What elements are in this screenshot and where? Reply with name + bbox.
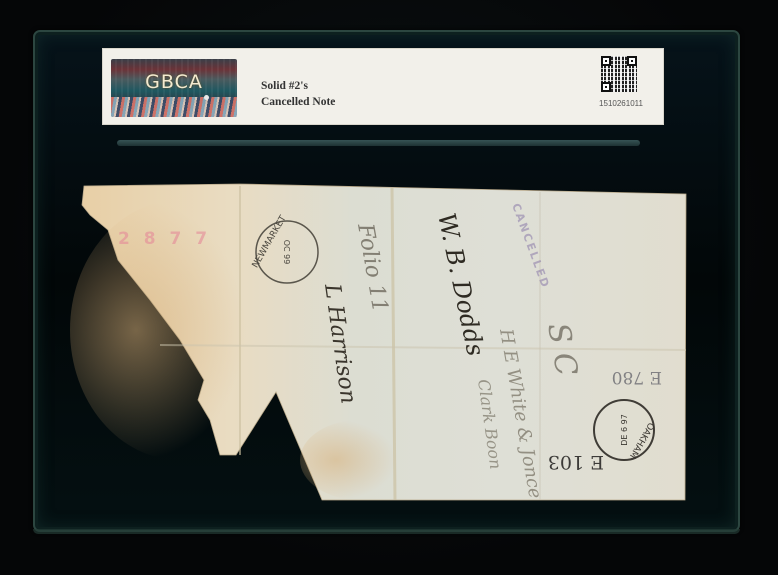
photo-stage: GBCA Solid #2's Cancelled Note 151026101…	[0, 0, 778, 575]
banknote-back: 2 8 7 7 NEWMARKET OC 99 Folio 11 L Harri…	[0, 0, 778, 575]
serial-lower: E 103	[548, 451, 604, 473]
svg-text:OC 99: OC 99	[282, 240, 291, 265]
red-stamp: 2 8 7 7	[118, 229, 211, 249]
serial-upper: E 780	[612, 367, 662, 387]
svg-text:DE 6 97: DE 6 97	[620, 414, 629, 446]
